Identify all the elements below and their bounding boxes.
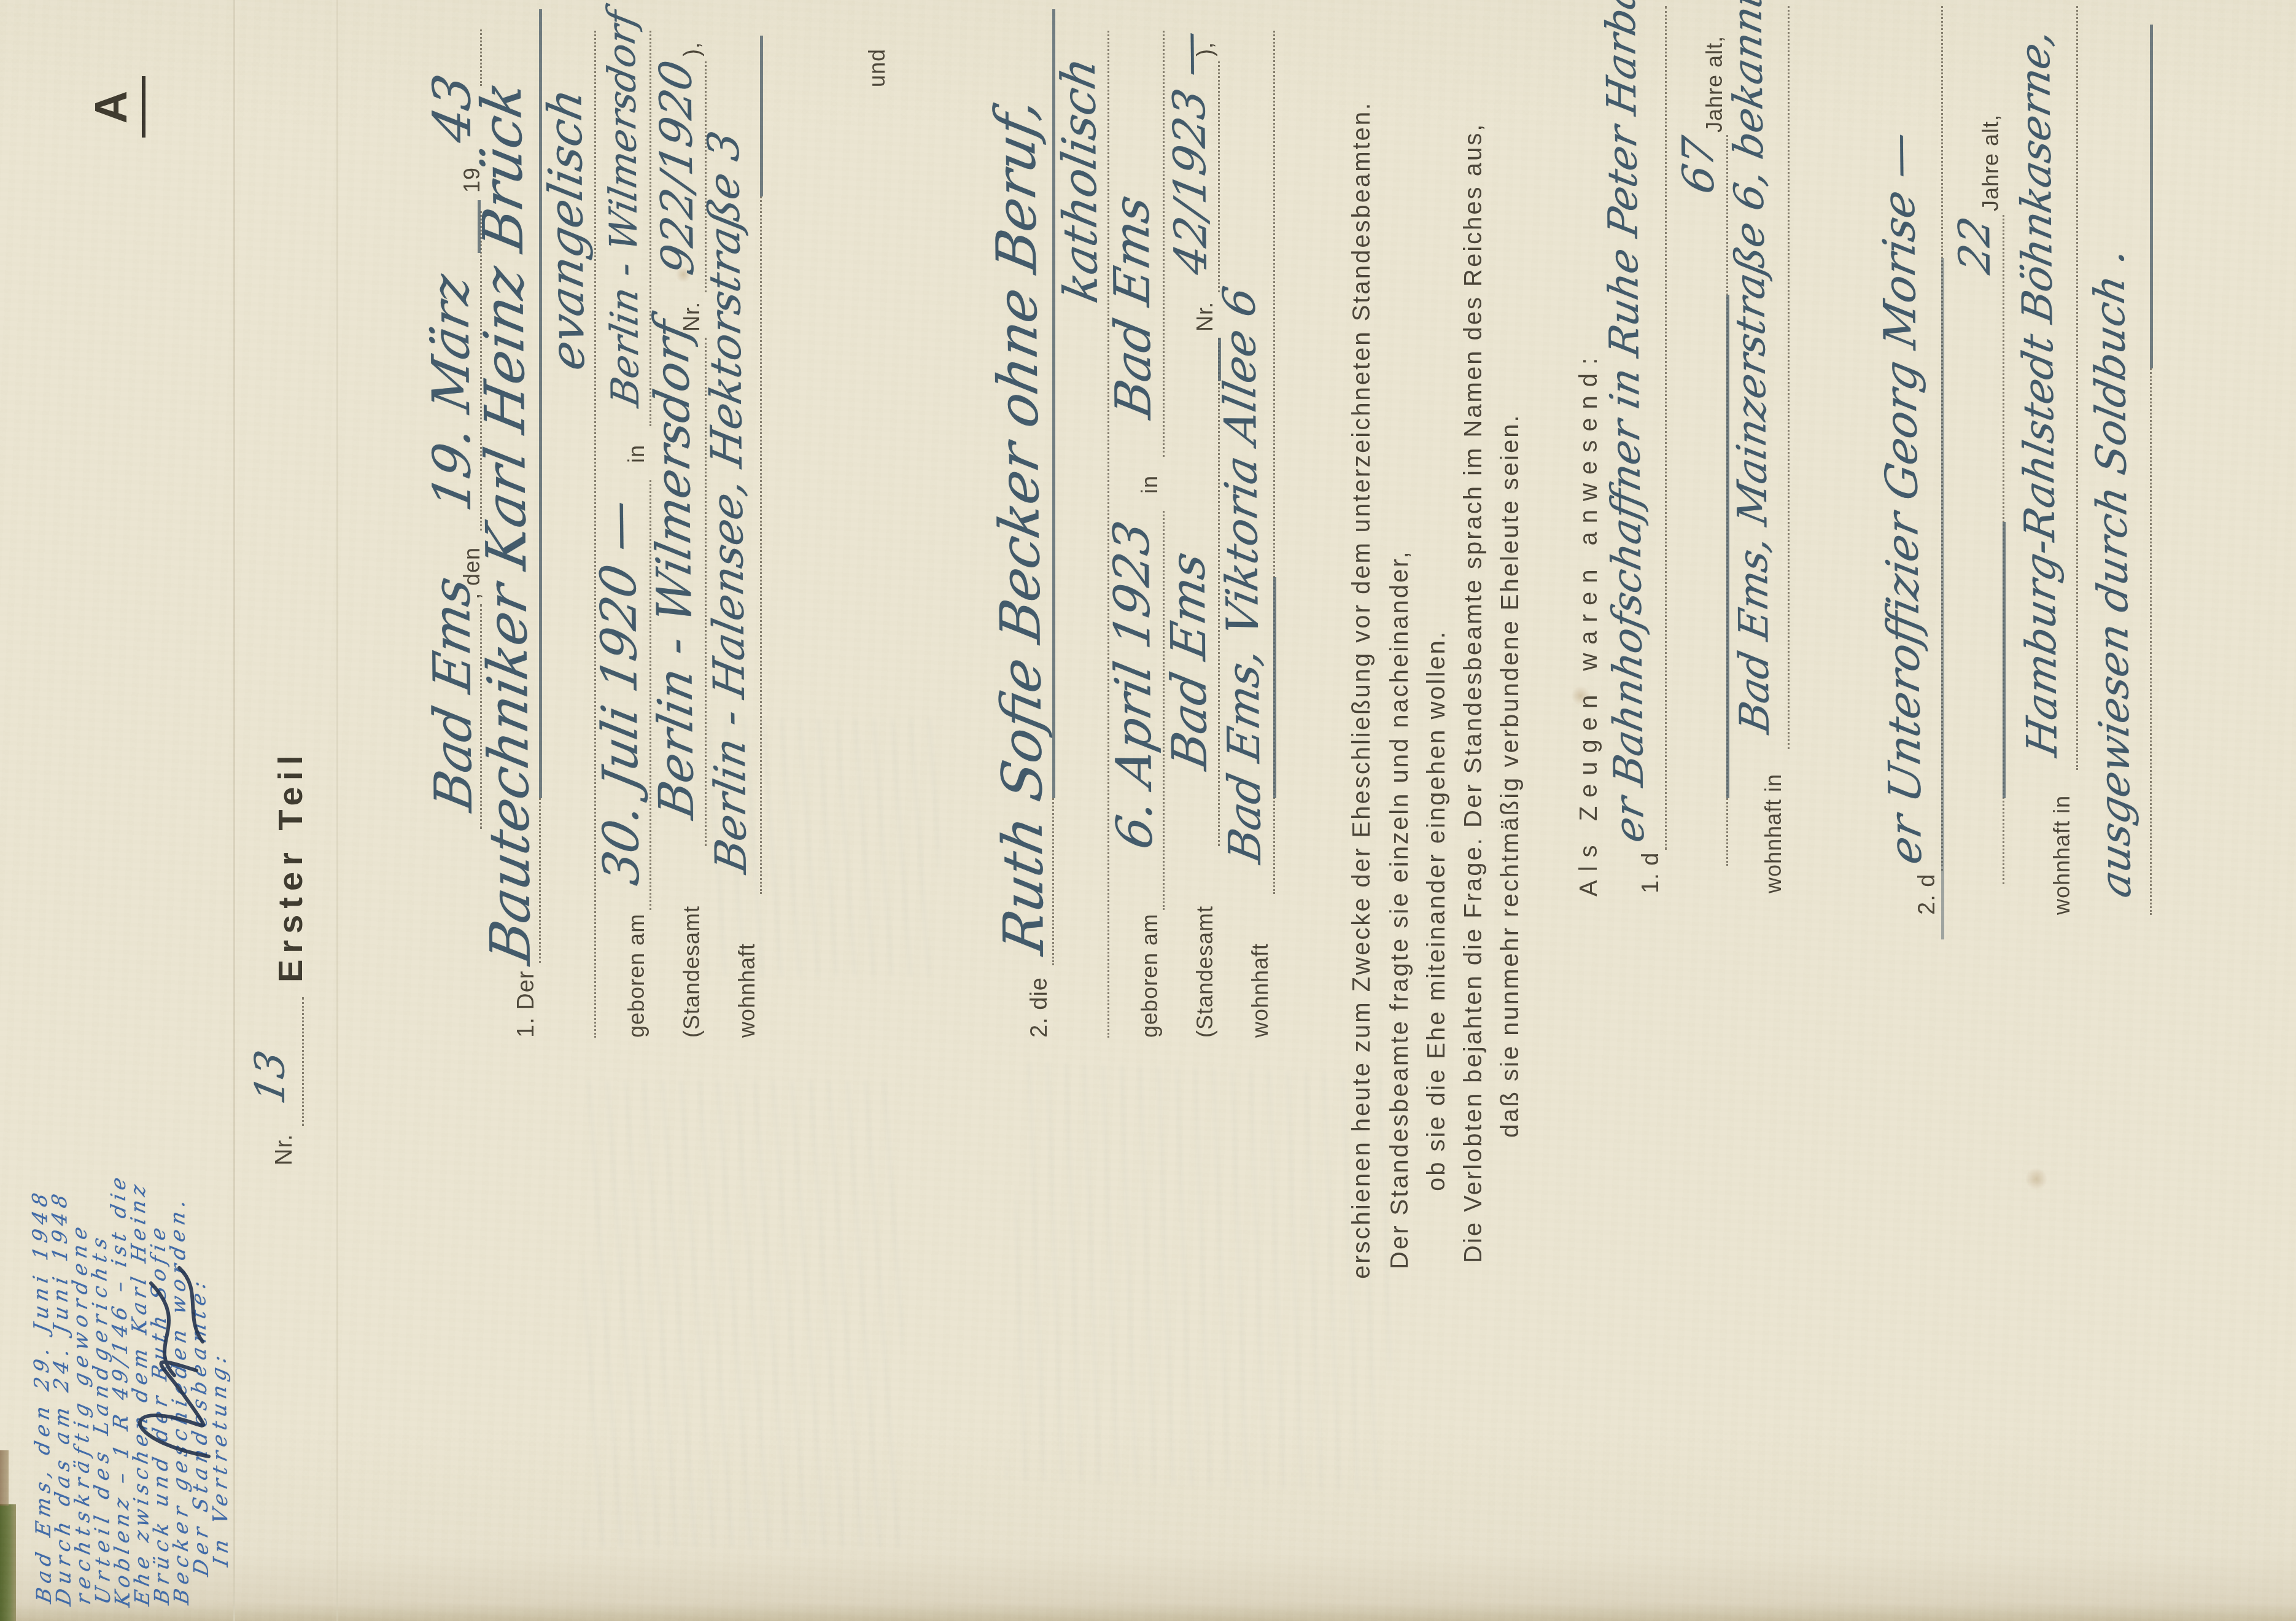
dotted-leader (1665, 6, 1667, 850)
groom-registry-nr-value: 922/1920 (650, 56, 704, 279)
groom-born-place-value: Berlin - Wilmersdorf (599, 7, 648, 410)
declaration-line: ob sie die Ehe miteinander eingehen woll… (1423, 630, 1451, 1191)
bride-religion-value: katholisch (1051, 52, 1108, 307)
corner-mark-a: A (85, 76, 145, 138)
declaration-line: erschienen heute zum Zwecke der Eheschli… (1348, 101, 1376, 1279)
ink-bleedthrough (583, 1081, 902, 1547)
witness2-age-value: 22 (1949, 212, 2000, 278)
bride-born-date-value: 6. April 1923 (1103, 516, 1163, 853)
groom-residence-value: Berlin - Halensee, Hektorstraße 3 (698, 127, 756, 877)
bride-registry-place-value: Bad Ems (1160, 548, 1218, 774)
foxing-spot (2026, 1167, 2047, 1191)
scanned-marriage-register-page: A Bad Ems, den 29. Juni 1948 Durch das a… (0, 0, 2296, 1621)
bride-name-value: Ruth Sofie Becker ohne Beruf, (983, 93, 1057, 959)
solid-rule (2150, 25, 2153, 368)
declaration-line: Die Verlobten bejahten die Frage. Der St… (1460, 123, 1487, 1263)
dotted-leader (2076, 6, 2078, 770)
witness2-resident-label: wohnhaft in (2049, 795, 2075, 915)
witness2-description-value: er Unteroffizier Georg Morise — (1872, 127, 1931, 868)
record-number-label: Nr. (271, 1133, 298, 1165)
groom-born-label: geboren am (624, 914, 650, 1038)
witness1-description-value: er Bahnhofschaffner in Ruhe Peter Harbac… (1597, 0, 1653, 846)
binding-edge-shadow (0, 1450, 9, 1506)
bride-born-place-value: Bad Ems (1103, 190, 1162, 422)
dotted-leader (1788, 6, 1790, 749)
witness1-resident-label: wohnhaft in (1761, 774, 1786, 893)
dotted-leader (2150, 368, 2152, 915)
groom-registry-place-value: Berlin - Wilmersdorf (645, 316, 705, 823)
bride-registry-close: ), (1192, 42, 1218, 56)
bride-born-label: geboren am (1137, 914, 1163, 1038)
paper-crease (336, 0, 338, 1621)
witness1-residence-value: Bad Ems, Mainzerstraße 6, bekannt (1723, 0, 1778, 737)
registrar-signature-scrawl (111, 1259, 239, 1467)
witness2-id-value: ausgewiesen durch Soldbuch . (2085, 244, 2141, 901)
date-place-value: Bad Ems (421, 572, 484, 815)
connector-und: und (864, 49, 890, 87)
solid-rule (760, 36, 763, 196)
register-page-rotated: A Bad Ems, den 29. Juni 1948 Durch das a… (0, 0, 2296, 1621)
bride-resident-label: wohnhaft (1247, 943, 1273, 1038)
groom-registry-label: (Standesamt (679, 906, 705, 1038)
witness1-age-value: 67 (1673, 133, 1724, 198)
bride-registry-nr-value: 42/1923 — (1163, 26, 1217, 279)
witness2-age-label: Jahre alt, (1978, 114, 2004, 211)
dotted-leader (760, 196, 762, 894)
dotted-leader (480, 29, 482, 86)
dotted-leader (302, 997, 304, 1126)
groom-religion-value: evangelisch (537, 84, 595, 375)
dotted-leader (1218, 61, 1220, 292)
ink-bleedthrough (1006, 1062, 1400, 1492)
groom-born-date-value: 30. Juli 1920 — (589, 495, 650, 889)
bride-index-label: 2. die (1026, 977, 1053, 1038)
groom-name-value: Bautechniker Karl Heinz Brück (470, 76, 543, 969)
witness-heading: Als Zeugen waren anwesend: (1575, 349, 1603, 896)
groom-registry-close: ), (679, 42, 705, 56)
declaration-line: daß sie nunmehr rechtmäßig verbundene Eh… (1497, 413, 1524, 1138)
bride-registry-label: (Standesamt (1192, 906, 1218, 1038)
witness1-index-label: 1. d (1638, 852, 1664, 893)
declaration-line: Der Standesbeamte fragte sie einzeln und… (1386, 550, 1414, 1269)
groom-index-label: 1. Der (513, 971, 540, 1038)
section-title: Erster Teil (270, 749, 310, 982)
record-number-value: 13 (246, 1046, 294, 1108)
bride-in-label: in (1137, 475, 1163, 494)
solid-rule (1941, 258, 1944, 939)
witness2-residence-value: Hamburg-Rahlstedt Böhnkaserne, (2011, 25, 2067, 760)
bride-residence-value: Bad Ems, Viktoria Allee 6 (1213, 282, 1271, 867)
solid-rule (1273, 577, 1276, 798)
binding-edge (0, 1504, 16, 1621)
solid-rule (2003, 522, 2006, 798)
witness2-index-label: 2. d (1914, 874, 1941, 915)
groom-resident-label: wohnhaft (734, 943, 760, 1038)
